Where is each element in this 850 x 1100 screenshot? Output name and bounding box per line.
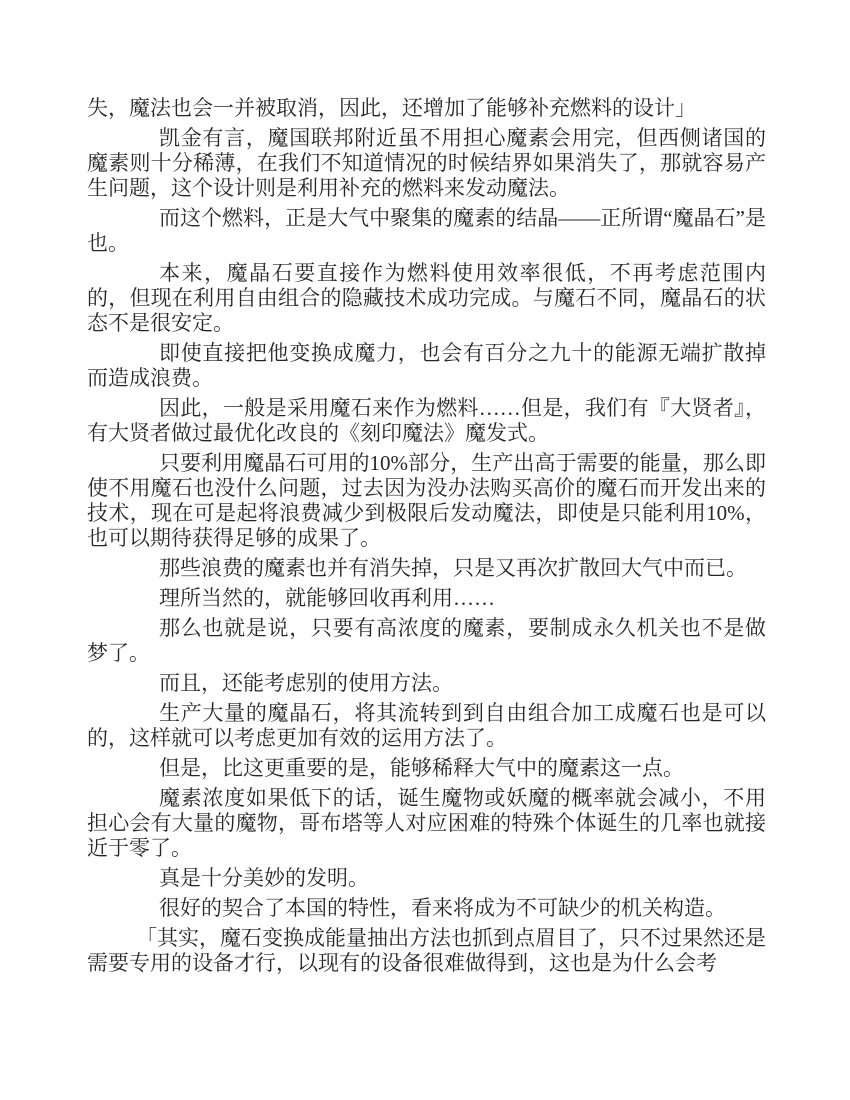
paragraph: 真是十分美妙的发明。 bbox=[87, 866, 766, 891]
paragraph: 而这个燃料，正是大气中聚集的魔素的结晶——正所谓“魔晶石”是也。 bbox=[87, 206, 766, 256]
paragraph: 生产大量的魔晶石，将其流转到到自由组合加工成魔石也是可以的，这样就可以考虑更加有… bbox=[87, 701, 766, 751]
paragraph: 只要利用魔晶石可用的10%部分，生产出高于需要的能量，那么即使不用魔石也没什么问… bbox=[87, 451, 766, 551]
paragraph: 魔素浓度如果低下的话，诞生魔物或妖魔的概率就会减小，不用担心会有大量的魔物，哥布… bbox=[87, 786, 766, 861]
paragraph: 理所当然的，就能够回收再利用…… bbox=[87, 586, 766, 611]
document-page: 失，魔法也会一并被取消，因此，还增加了能够补充燃料的设计」凯金有言，魔国联邦附近… bbox=[0, 0, 850, 1100]
paragraph: 那么也就是说，只要有高浓度的魔素，要制成永久机关也不是做梦了。 bbox=[87, 616, 766, 666]
paragraph: 失，魔法也会一并被取消，因此，还增加了能够补充燃料的设计」 bbox=[87, 96, 766, 121]
paragraph: 「其实，魔石变换成能量抽出方法也抓到点眉目了，只不过果然还是需要专用的设备才行，… bbox=[87, 926, 766, 976]
paragraph: 因此，一般是采用魔石来作为燃料……但是，我们有『大贤者』，有大贤者做过最优化改良… bbox=[87, 396, 766, 446]
paragraph: 即使直接把他变换成魔力，也会有百分之九十的能源无端扩散掉而造成浪费。 bbox=[87, 341, 766, 391]
paragraph: 凯金有言，魔国联邦附近虽不用担心魔素会用完，但西侧诸国的魔素则十分稀薄，在我们不… bbox=[87, 126, 766, 201]
paragraph: 但是，比这更重要的是，能够稀释大气中的魔素这一点。 bbox=[87, 756, 766, 781]
text-column: 失，魔法也会一并被取消，因此，还增加了能够补充燃料的设计」凯金有言，魔国联邦附近… bbox=[87, 96, 766, 981]
paragraph: 而且，还能考虑别的使用方法。 bbox=[87, 671, 766, 696]
paragraph: 本来，魔晶石要直接作为燃料使用效率很低，不再考虑范围内的，但现在利用自由组合的隐… bbox=[87, 261, 766, 336]
paragraph: 那些浪费的魔素也并有消失掉，只是又再次扩散回大气中而已。 bbox=[87, 556, 766, 581]
paragraph: 很好的契合了本国的特性，看来将成为不可缺少的机关构造。 bbox=[87, 896, 766, 921]
